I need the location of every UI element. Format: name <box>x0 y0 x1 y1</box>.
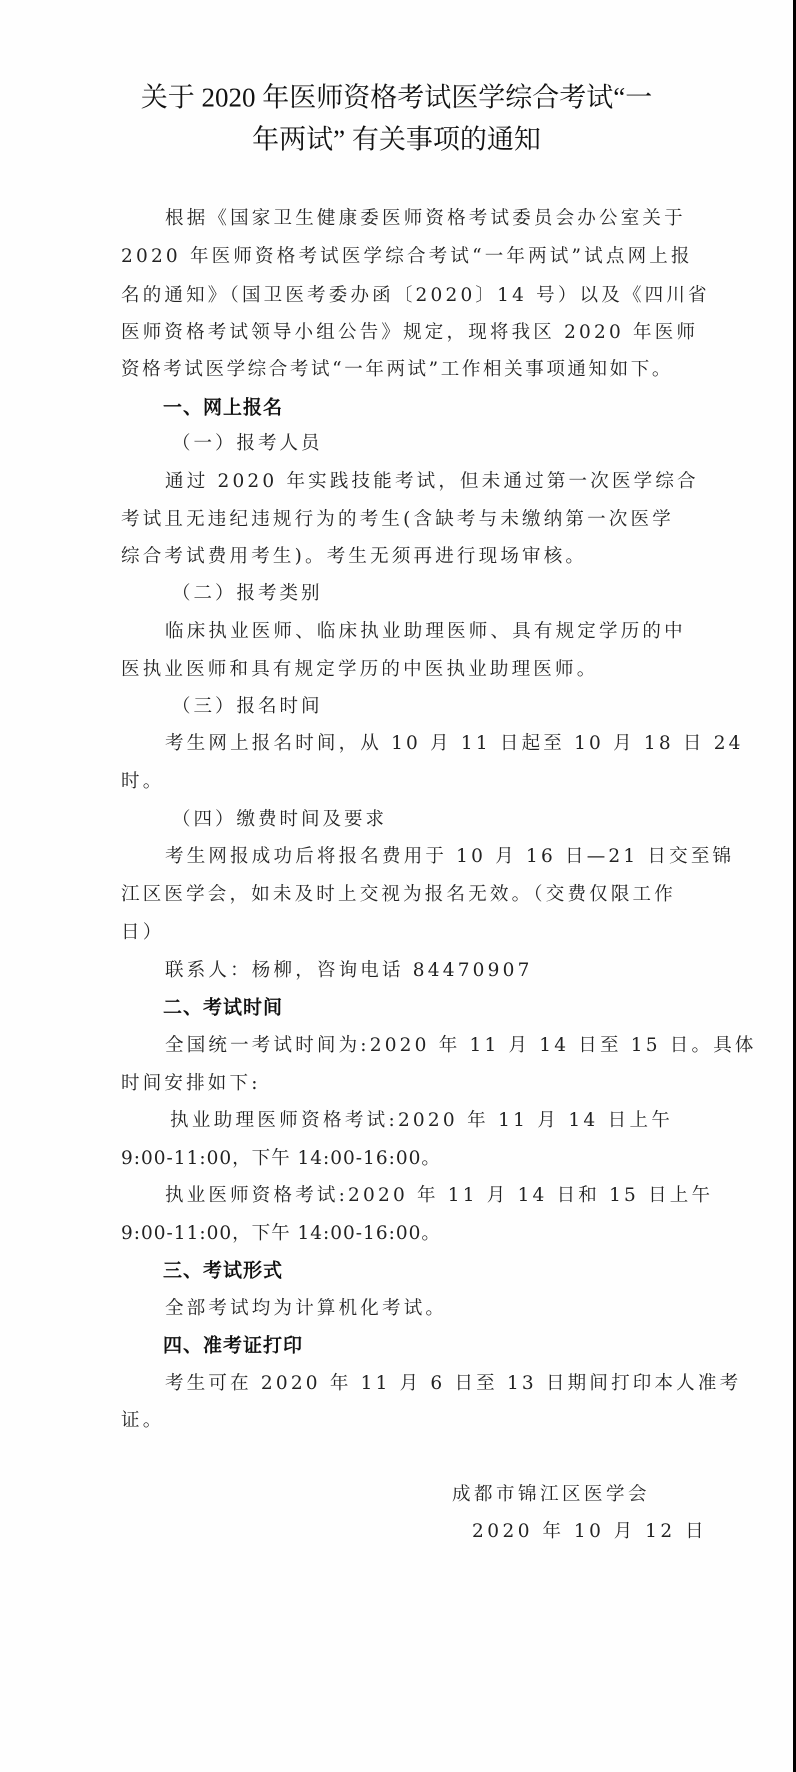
subsection-heading-applicants: （一）报考人员 <box>172 435 323 454</box>
subsection-heading-payment: （四）缴费时间及要求 <box>172 811 387 830</box>
body-line: 证。 <box>121 1412 164 1431</box>
intro-line: 2020 年医师资格考试医学综合考试“一年两试”试点网上报 <box>121 248 673 267</box>
body-line: 全国统一考试时间为:2020 年 11 月 14 日至 15 日。具体 <box>165 1037 673 1056</box>
body-line: 9:00-11:00，下午 14:00-16:00。 <box>121 1150 441 1169</box>
body-line: 江区医学会，如未及时上交视为报名无效。（交费仅限工作 <box>121 886 673 905</box>
section-heading-registration: 一、网上报名 <box>163 399 283 418</box>
document-title-line-2: 年两试” 有关事项的通知 <box>0 127 793 154</box>
subsection-heading-categories: （二）报考类别 <box>172 585 323 604</box>
body-line: 全部考试均为计算机化考试。 <box>165 1300 447 1319</box>
body-line: 执业医师资格考试:2020 年 11 月 14 日和 15 日上午 <box>165 1187 673 1206</box>
signature-organization: 成都市锦江区医学会 <box>452 1486 650 1505</box>
body-line: 执业助理医师资格考试:2020 年 11 月 14 日上午 <box>170 1112 673 1131</box>
signature-date: 2020 年 10 月 12 日 <box>472 1523 707 1542</box>
body-line: 临床执业医师、临床执业助理医师、具有规定学历的中 <box>165 623 673 642</box>
section-heading-admission-ticket: 四、准考证打印 <box>163 1337 303 1356</box>
intro-line: 根据《国家卫生健康委医师资格考试委员会办公室关于 <box>165 210 673 229</box>
document-page: 关于 2020 年医师资格考试医学综合考试“一 年两试” 有关事项的通知 根据《… <box>0 0 793 1772</box>
body-line: 9:00-11:00，下午 14:00-16:00。 <box>121 1225 441 1244</box>
intro-line: 名的通知》（国卫医考委办函〔2020〕14 号）以及《四川省 <box>121 287 673 306</box>
body-line: 考生网上报名时间，从 10 月 11 日起至 10 月 18 日 24 <box>165 735 673 754</box>
intro-line: 资格考试医学综合考试“一年两试”工作相关事项通知如下。 <box>121 361 673 380</box>
section-heading-exam-format: 三、考试形式 <box>163 1262 283 1281</box>
intro-line: 医师资格考试领导小组公告》规定，现将我区 2020 年医师 <box>121 324 673 343</box>
body-line: 日） <box>121 924 164 943</box>
section-heading-exam-time: 二、考试时间 <box>163 999 283 1018</box>
body-line: 时。 <box>121 773 164 792</box>
contact-info: 联系人：杨柳，咨询电话 84470907 <box>165 962 533 981</box>
body-line: 通过 2020 年实践技能考试，但未通过第一次医学综合 <box>165 473 673 492</box>
body-line: 综合考试费用考生)。考生无须再进行现场审核。 <box>121 548 587 567</box>
body-line: 医执业医师和具有规定学历的中医执业助理医师。 <box>121 661 598 680</box>
subsection-heading-registration-time: （三）报名时间 <box>172 698 323 717</box>
body-line: 考试且无违纪违规行为的考生(含缺考与未缴纳第一次医学 <box>121 511 673 530</box>
body-line: 时间安排如下: <box>121 1075 261 1094</box>
document-title-line-1: 关于 2020 年医师资格考试医学综合考试“一 <box>0 85 793 112</box>
body-line: 考生网报成功后将报名费用于 10 月 16 日—21 日交至锦 <box>165 848 673 867</box>
body-line: 考生可在 2020 年 11 月 6 日至 13 日期间打印本人准考 <box>165 1375 673 1394</box>
